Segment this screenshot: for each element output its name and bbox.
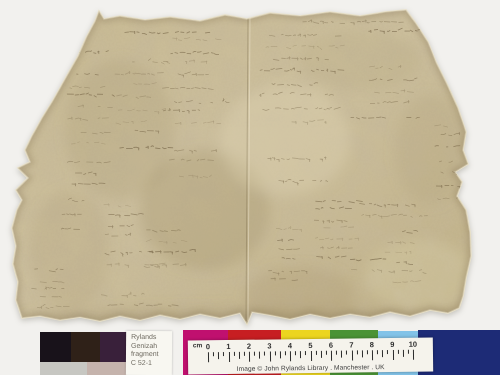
ruler-number: 7 — [349, 340, 353, 349]
ruler-tick — [387, 350, 388, 354]
ruler-tick — [377, 350, 378, 354]
ruler-number: 0 — [206, 342, 210, 351]
ruler-tick — [275, 351, 276, 355]
patch-light-gray — [40, 362, 87, 375]
ruler-tick — [403, 350, 404, 357]
ruler-tick — [336, 351, 337, 355]
patch-pink-gray — [87, 362, 127, 375]
photograph: Rylands Genizah fragment C 52-1 cm012345… — [0, 0, 500, 375]
ruler-tick — [357, 350, 358, 354]
ruler-tick — [244, 352, 245, 356]
ruler-tick — [305, 351, 306, 355]
ruler-tick — [346, 351, 347, 355]
ruler-tick — [321, 351, 322, 358]
ruler-tick — [326, 351, 327, 355]
ruler-tick — [254, 352, 255, 356]
ruler: cm012345678910 Image © John Rylands Libr… — [188, 338, 433, 375]
ruler-tick — [413, 350, 414, 360]
ruler-number: 5 — [308, 341, 312, 350]
ruler-number: 2 — [247, 342, 251, 351]
ruler-tick — [228, 352, 229, 362]
ruler-tick — [392, 350, 393, 360]
ruler-tick — [264, 352, 265, 356]
ruler-tick — [351, 350, 352, 360]
patch-black — [40, 332, 71, 362]
ruler-tick — [398, 350, 399, 354]
ruler-unit: cm — [193, 342, 202, 349]
label-line: fragment — [131, 351, 172, 360]
label-line: Rylands — [131, 334, 172, 343]
ruler-tick — [362, 350, 363, 357]
ruler-tick — [269, 351, 270, 361]
ruler-number: 6 — [329, 341, 333, 350]
ruler-tick — [259, 352, 260, 359]
patch-dark-purple — [100, 332, 127, 362]
label-line: Genizah — [131, 342, 172, 351]
ruler-number: 3 — [267, 341, 271, 350]
patch-dark-brown — [71, 332, 100, 362]
ruler-tick — [285, 351, 286, 355]
ruler-tick — [367, 350, 368, 354]
ruler-tick — [249, 352, 250, 362]
ruler-tick — [300, 351, 301, 358]
ruler-number: 10 — [409, 340, 417, 349]
ruler-tick — [223, 352, 224, 356]
ruler-number: 4 — [288, 341, 292, 350]
ruler-tick — [408, 350, 409, 354]
ruler-tick — [316, 351, 317, 355]
ruler-tick — [341, 351, 342, 358]
ruler-number: 8 — [370, 340, 374, 349]
label-line: C 52-1 — [131, 359, 172, 368]
ruler-tick — [295, 351, 296, 355]
ruler-tick — [239, 352, 240, 359]
ruler-number: 1 — [226, 342, 230, 351]
ruler-tick — [331, 351, 332, 361]
ruler-tick — [372, 350, 373, 360]
fragment-texture — [0, 0, 500, 340]
ruler-tick — [213, 352, 214, 356]
ruler-number: 9 — [390, 340, 394, 349]
ruler-tick — [382, 350, 383, 357]
ruler-tick — [310, 351, 311, 361]
ruler-tick — [208, 352, 209, 362]
ruler-ticks — [188, 350, 433, 364]
label-card: Rylands Genizah fragment C 52-1 — [126, 331, 172, 375]
ruler-tick — [280, 351, 281, 358]
ruler-tick — [218, 352, 219, 359]
ruler-tick — [234, 352, 235, 356]
ruler-tick — [290, 351, 291, 361]
manuscript-fragment — [0, 0, 500, 375]
